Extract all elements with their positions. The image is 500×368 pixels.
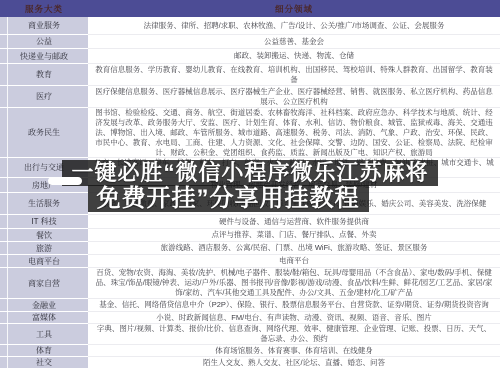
table-row: 教育教育信息服务、学历教育、婴幼儿教育、在线教育、培训机构、出国移民、驾校培训、… [0, 64, 500, 86]
table-row: 电商平台电商平台 [0, 255, 500, 268]
subfields-cell: 陌生人交友、熟人交友、社区/论坛、直播、婚恋、问答 [88, 357, 500, 368]
subfields-cell: 电商平台 [88, 255, 500, 268]
subfields-cell: 医疗保健信息服务、医疗器械信息展示、医疗器械生产企业、医疗器械经营、销售、就医服… [88, 86, 500, 108]
subfields-cell: 体育场馆服务、体育赛事、体育培训、在线健身 [88, 345, 500, 357]
category-cell: 富媒体 [0, 312, 88, 324]
table-row: 公益公益慈善、基金会 [0, 35, 500, 49]
category-cell: 教育 [0, 64, 88, 86]
table-row: 出行与交通公交、长途客运、停车、代驾、租车、打车、航空、火车、路况、水运、地铁、… [0, 158, 500, 178]
subfields-cell: 邮政、装卸搬运、快递、物流、仓储 [88, 49, 500, 64]
table-row: 体育体育场馆服务、体育赛事、体育培训、在线健身 [0, 345, 500, 357]
table-row: 餐饮点评与推荐、菜谱、门店、餐厅排队、点餐、外卖 [0, 229, 500, 242]
subfields-cell: 公交、长途客运、停车、代驾、租车、打车、航空、火车、路况、水运、地铁、路桥收费、… [88, 158, 500, 178]
category-table: 服务大类 细分领域 商业服务法律服务、律所、招聘/求职、农林牧渔、广告/设计、公… [0, 0, 500, 368]
table-row: 生活服务票务、生活缴费、家政、搬家、环保回收/废品回收、综合生活服务平台、休闲娱… [0, 193, 500, 215]
table-row: 商业服务法律服务、律所、招聘/求职、农林牧渔、广告/设计、公关/推广/市场调查、… [0, 17, 500, 35]
subfields-cell: 公益慈善、基金会 [88, 35, 500, 49]
subfields-cell: 旅游线路、酒店服务、公寓/民宿、门票、出境 WiFi、旅游攻略、签证、景区服务 [88, 242, 500, 255]
subfields-cell: 小说、时政新闻信息、FM/电台、有声读物、动漫、资讯、视频、语音、音乐、图片 [88, 312, 500, 324]
subfields-cell: 图书馆、检验检疫、交通、商务、航空、街道居委、农林畜牧海洋、社科档案、政府应急办… [88, 108, 500, 158]
header-service-category: 服务大类 [0, 0, 88, 17]
subfields-cell: 硬件与设备、通信与运营商、软件服务提供商 [88, 215, 500, 229]
table-row: 房地产物业管理、房地产开发经营、房产交易、装修/建材 [0, 178, 500, 193]
header-subfields: 细分领域 [88, 0, 500, 17]
category-cell: 商家自营 [0, 268, 88, 299]
table-header-row: 服务大类 细分领域 [0, 0, 500, 17]
subfields-cell: 物业管理、房地产开发经营、房产交易、装修/建材 [88, 178, 500, 193]
category-cell: 社交 [0, 357, 88, 368]
category-cell: 快递业与邮政 [0, 49, 88, 64]
subfields-cell: 教育信息服务、学历教育、婴幼儿教育、在线教育、培训机构、出国移民、驾校培训、特殊… [88, 64, 500, 86]
category-cell: 工具 [0, 324, 88, 345]
subfields-cell: 法律服务、律所、招聘/求职、农林牧渔、广告/设计、公关/推广/市场调查、公证、会… [88, 17, 500, 35]
category-cell: 政务民生 [0, 108, 88, 158]
service-category-table-page: 服务大类 细分领域 商业服务法律服务、律所、招聘/求职、农林牧渔、广告/设计、公… [0, 0, 500, 368]
table-row: 政务民生图书馆、检验检疫、交通、商务、航空、街道居委、农林畜牧海洋、社科档案、政… [0, 108, 500, 158]
category-cell: 公益 [0, 35, 88, 49]
category-cell: 电商平台 [0, 255, 88, 268]
table-row: IT 科技硬件与设备、通信与运营商、软件服务提供商 [0, 215, 500, 229]
category-cell: 金融业 [0, 299, 88, 312]
table-row: 富媒体小说、时政新闻信息、FM/电台、有声读物、动漫、资讯、视频、语音、音乐、图… [0, 312, 500, 324]
category-cell: 商业服务 [0, 17, 88, 35]
table-row: 社交陌生人交友、熟人交友、社区/论坛、直播、婚恋、问答 [0, 357, 500, 368]
subfields-cell: 字典、图片/视频、计算类、报价/比价、信息查询、网络代理、效率、健康管理、企业管… [88, 324, 500, 345]
category-cell: 餐饮 [0, 229, 88, 242]
table-row: 快递业与邮政邮政、装卸搬运、快递、物流、仓储 [0, 49, 500, 64]
subfields-cell: 百货、宠物/农资、海淘、美妆/洗护、机械/电子器件、服装/鞋/箱包、玩具/母婴用… [88, 268, 500, 299]
category-cell: IT 科技 [0, 215, 88, 229]
category-cell: 旅游 [0, 242, 88, 255]
category-cell: 医疗 [0, 86, 88, 108]
table-row: 旅游旅游线路、酒店服务、公寓/民宿、门票、出境 WiFi、旅游攻略、签证、景区服… [0, 242, 500, 255]
subfields-cell: 点评与推荐、菜谱、门店、餐厅排队、点餐、外卖 [88, 229, 500, 242]
subfields-cell: 票务、生活缴费、家政、搬家、环保回收/废品回收、综合生活服务平台、休闲娱乐、婚庆… [88, 193, 500, 215]
category-cell: 体育 [0, 345, 88, 357]
table-body: 商业服务法律服务、律所、招聘/求职、农林牧渔、广告/设计、公关/推广/市场调查、… [0, 17, 500, 368]
subfields-cell: 基金、信托、网络借贷信息中介（P2P）、保险、银行、股票信息服务平台、自营贷款、… [88, 299, 500, 312]
category-cell: 生活服务 [0, 193, 88, 215]
table-row: 商家自营百货、宠物/农资、海淘、美妆/洗护、机械/电子器件、服装/鞋/箱包、玩具… [0, 268, 500, 299]
table-row: 医疗医疗保健信息服务、医疗器械信息展示、医疗器械生产企业、医疗器械经营、销售、就… [0, 86, 500, 108]
table-row: 工具字典、图片/视频、计算类、报价/比价、信息查询、网络代理、效率、健康管理、企… [0, 324, 500, 345]
category-cell: 出行与交通 [0, 158, 88, 178]
table-row: 金融业基金、信托、网络借贷信息中介（P2P）、保险、银行、股票信息服务平台、自营… [0, 299, 500, 312]
category-cell: 房地产 [0, 178, 88, 193]
